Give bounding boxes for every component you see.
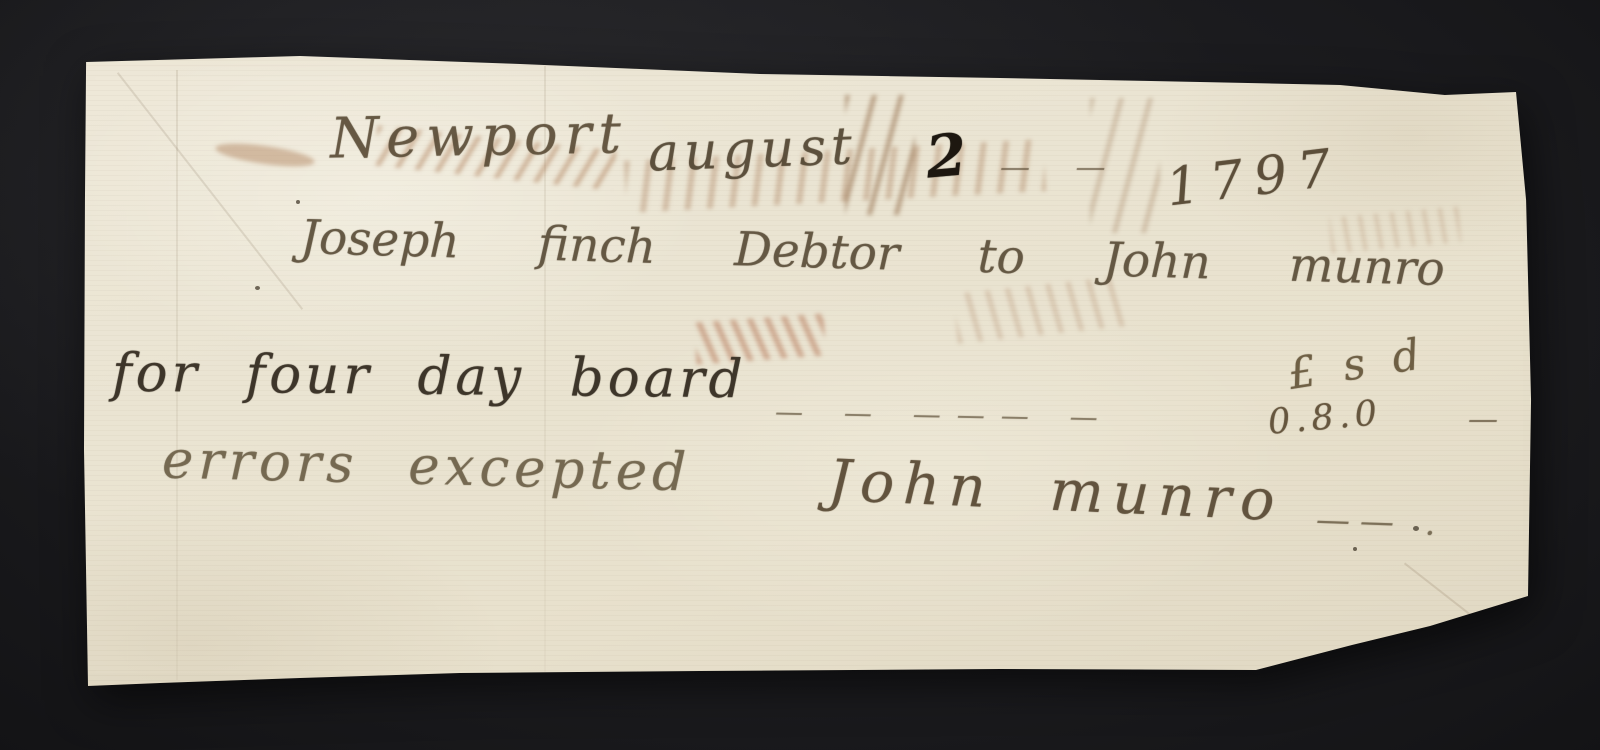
ink-speck xyxy=(255,286,260,290)
dateline-place: Newport xyxy=(329,101,628,171)
errors-excepted-line: errors excepted xyxy=(161,430,691,504)
ink-speck xyxy=(1353,547,1357,551)
dateline-day: 2 xyxy=(923,120,969,191)
dateline-year: 1797 xyxy=(1163,137,1345,218)
signature-flourish: —— . xyxy=(1315,500,1446,544)
charge-line: for four day board xyxy=(112,343,747,411)
signature-name: John munro xyxy=(827,448,1285,535)
charge-line-dashes: — — ——— — xyxy=(775,395,1114,434)
ink-showthrough-mark xyxy=(214,139,316,171)
debtor-line: Joseph finch Debtor to John munro xyxy=(299,210,1445,297)
receipt-paper: Newport august 2 — — 1797 Joseph finch D… xyxy=(0,0,1600,750)
dateline-month: august xyxy=(647,116,858,183)
photo-backdrop: Newport august 2 — — 1797 Joseph finch D… xyxy=(0,0,1600,750)
paper-shadow-wrap: Newport august 2 — — 1797 Joseph finch D… xyxy=(0,0,1600,750)
amount-value: 0.8.0 xyxy=(1266,393,1383,443)
dateline-separator: — — xyxy=(1000,150,1124,185)
corner-crease-bottom-right xyxy=(1404,563,1476,620)
corner-crease-diagonal xyxy=(117,72,303,310)
amount-currency-header: £ s d xyxy=(1285,330,1423,400)
amount-trailing-dash: — xyxy=(1468,402,1498,437)
ink-speck xyxy=(296,200,300,204)
